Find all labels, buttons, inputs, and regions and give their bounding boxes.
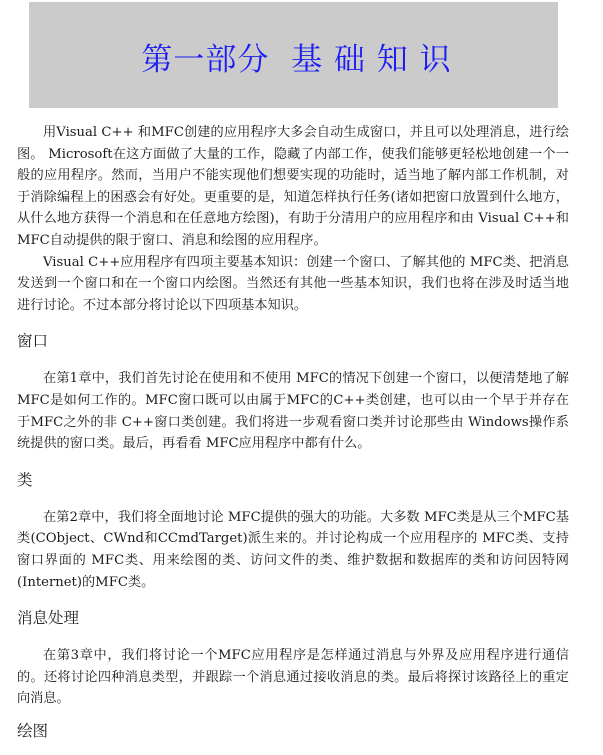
part-title: 第一部分 基 础 知 识: [141, 34, 451, 79]
intro-paragraph-2: Visual C++应用程序有四项主要基本知识：创建一个窗口、了解其他的 MFC…: [17, 252, 569, 317]
section-heading-drawing: 绘图: [17, 720, 569, 742]
section-paragraph-message-handling: 在第3章中，我们将讨论一个MFC应用程序是怎样通过消息与外界及应用程序进行通信的…: [17, 645, 569, 710]
section-heading-window: 窗口: [17, 330, 569, 352]
intro-paragraph-1: 用Visual C++ 和MFC创建的应用程序大多会自动生成窗口，并且可以处理消…: [17, 122, 569, 252]
section-paragraph-class: 在第2章中，我们将全面地讨论 MFC提供的强大的功能。大多数 MFC类是从三个M…: [17, 507, 569, 593]
section-paragraph-window: 在第1章中，我们首先讨论在使用和不使用 MFC的情况下创建一个窗口，以便清楚地了…: [17, 368, 569, 454]
section-heading-class: 类: [17, 469, 569, 491]
section-heading-message-handling: 消息处理: [17, 607, 569, 629]
document-body: 用Visual C++ 和MFC创建的应用程序大多会自动生成窗口，并且可以处理消…: [17, 122, 569, 742]
part-title-banner: 第一部分 基 础 知 识: [29, 2, 558, 108]
